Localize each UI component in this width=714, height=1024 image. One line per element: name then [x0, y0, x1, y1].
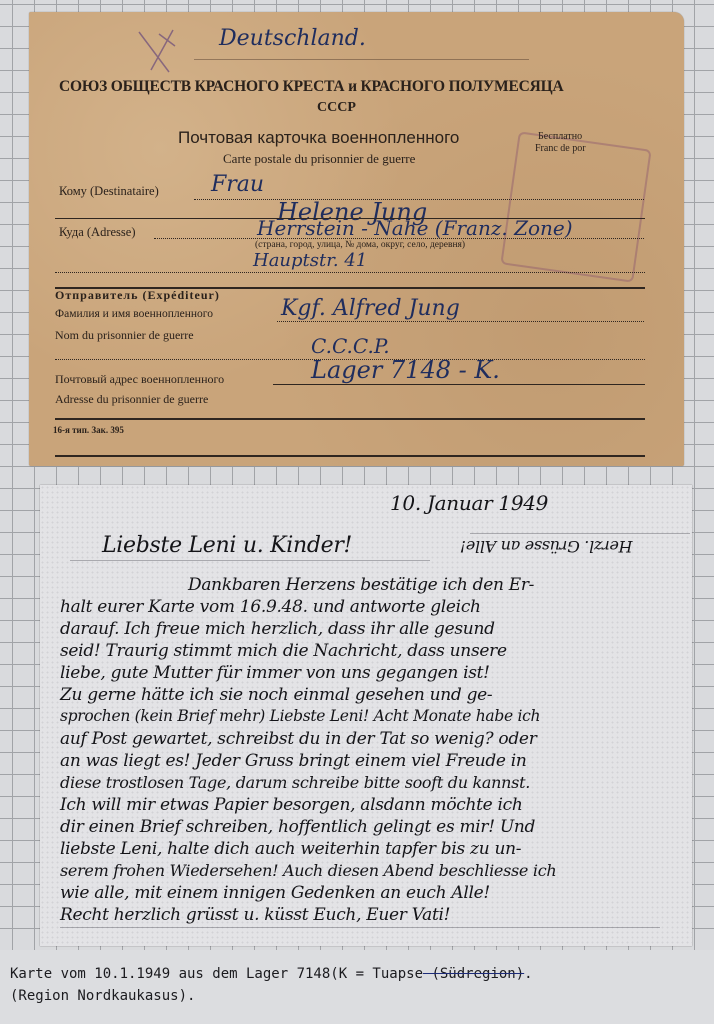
- note-rule: [470, 533, 690, 534]
- letter-line: Recht herzlich grüsst u. küsst Euch, Eue…: [60, 905, 450, 925]
- letter-line: sprochen (kein Brief mehr) Liebste Leni!…: [60, 707, 540, 725]
- pencil-mark-icon: [129, 24, 189, 84]
- postal-addr-label-fr: Adresse du prisonnier de guerre: [55, 392, 208, 407]
- letter-line: liebste Leni, halte dich auch weiterhin …: [60, 839, 521, 859]
- sender-name-line: [277, 321, 644, 322]
- letter-line: an was liegt es! Jeder Gruss bringt eine…: [60, 751, 527, 771]
- letter-line: wie alle, mit einem innigen Gedenken an …: [60, 883, 490, 903]
- caption-prefix: Karte vom 10.1.1949 aus dem Lager 7148(K…: [10, 966, 423, 982]
- sender-name-label-ru: Фамилия и имя военнопленного: [55, 308, 213, 320]
- address-line: [154, 238, 644, 239]
- sender-name-value: Kgf. Alfred Jung: [281, 296, 460, 321]
- caption: Karte vom 10.1.1949 aus dem Lager 7148(K…: [10, 963, 710, 1007]
- caption-suffix: .: [524, 966, 532, 982]
- print-info: 16-я тип. Зак. 395: [53, 425, 124, 435]
- caption-line-1: Karte vom 10.1.1949 aus dem Lager 7148(K…: [10, 963, 710, 985]
- country-line: [194, 59, 529, 60]
- handwritten-country: Deutschland.: [219, 26, 366, 51]
- letter-line: Dankbaren Herzens bestätige ich den Er-: [188, 575, 534, 595]
- sender-country-value: C.C.C.P.: [311, 334, 390, 358]
- letter-date: 10. Januar 1949: [390, 491, 548, 515]
- letter-salutation: Liebste Leni u. Kinder!: [102, 533, 352, 558]
- letter-line: auf Post gewartet, schreibst du in der T…: [60, 729, 537, 749]
- address-value-2: Hauptstr. 41: [253, 250, 367, 271]
- address-hint: (страна, город, улица, № дома, округ, се…: [255, 240, 465, 250]
- postal-addr-label-ru: Почтовый адрес военнопленного: [55, 372, 224, 387]
- address-label: Куда (Adresse): [59, 225, 135, 240]
- address-value-1: Herrstein - Nahe (Franz. Zone): [257, 216, 573, 240]
- header-ussr: СССР: [317, 100, 356, 116]
- address-line-2: [55, 272, 645, 273]
- free-fr: Franc de por: [535, 143, 586, 154]
- letter-line: Zu gerne hätte ich sie noch einmal geseh…: [60, 685, 492, 705]
- letter-line: diese trostlosen Tage, darum schreibe bi…: [60, 773, 530, 792]
- caption-line-2: (Region Nordkaukasus).: [10, 985, 710, 1007]
- postal-addr-line: [273, 384, 645, 385]
- postal-divider: [55, 418, 645, 420]
- card-title-fr: Carte postale du prisonnier de guerre: [223, 151, 415, 167]
- postal-addr-value: Lager 7148 - K.: [311, 356, 500, 384]
- salutation-underline: [70, 560, 430, 561]
- sender-name-label-fr: Nom du prisonnier de guerre: [55, 328, 194, 343]
- letter-line: liebe, gute Mutter für immer von uns geg…: [60, 663, 490, 683]
- letter-line: Ich will mir etwas Papier besorgen, alsd…: [60, 795, 523, 815]
- letter-line: serem frohen Wiedersehen! Auch diesen Ab…: [60, 861, 556, 880]
- letter-line: seid! Traurig stimmt mich die Nachricht,…: [60, 641, 507, 661]
- letter-line: darauf. Ich freue mich herzlich, dass ih…: [60, 619, 495, 639]
- free-ru: Бесплатно: [538, 131, 582, 142]
- pow-postcard: Deutschland. СОЮЗ ОБЩЕСТВ КРАСНОГО КРЕСТ…: [29, 12, 684, 466]
- header-org: СОЮЗ ОБЩЕСТВ КРАСНОГО КРЕСТА и КРАСНОГО …: [59, 78, 563, 96]
- to-value-1: Frau: [211, 172, 264, 197]
- sender-label: Отправитель (Expéditeur): [55, 288, 220, 303]
- caption-struck-text: (Südregion): [423, 966, 524, 982]
- bottom-divider: [55, 455, 645, 457]
- upside-down-note: Herzl. Grüsse an Alle!: [460, 537, 633, 556]
- to-label: Кому (Destinataire): [59, 184, 159, 199]
- handwritten-letter: 10. Januar 1949 Liebste Leni u. Kinder! …: [40, 485, 692, 946]
- letter-bottom-rule: [60, 927, 660, 928]
- card-title-ru: Почтовая карточка военнопленного: [178, 128, 459, 148]
- letter-line: dir einen Brief schreiben, hoffentlich g…: [60, 817, 535, 837]
- letter-line: halt eurer Karte vom 16.9.48. und antwor…: [60, 597, 481, 617]
- censor-stamp: [500, 131, 651, 282]
